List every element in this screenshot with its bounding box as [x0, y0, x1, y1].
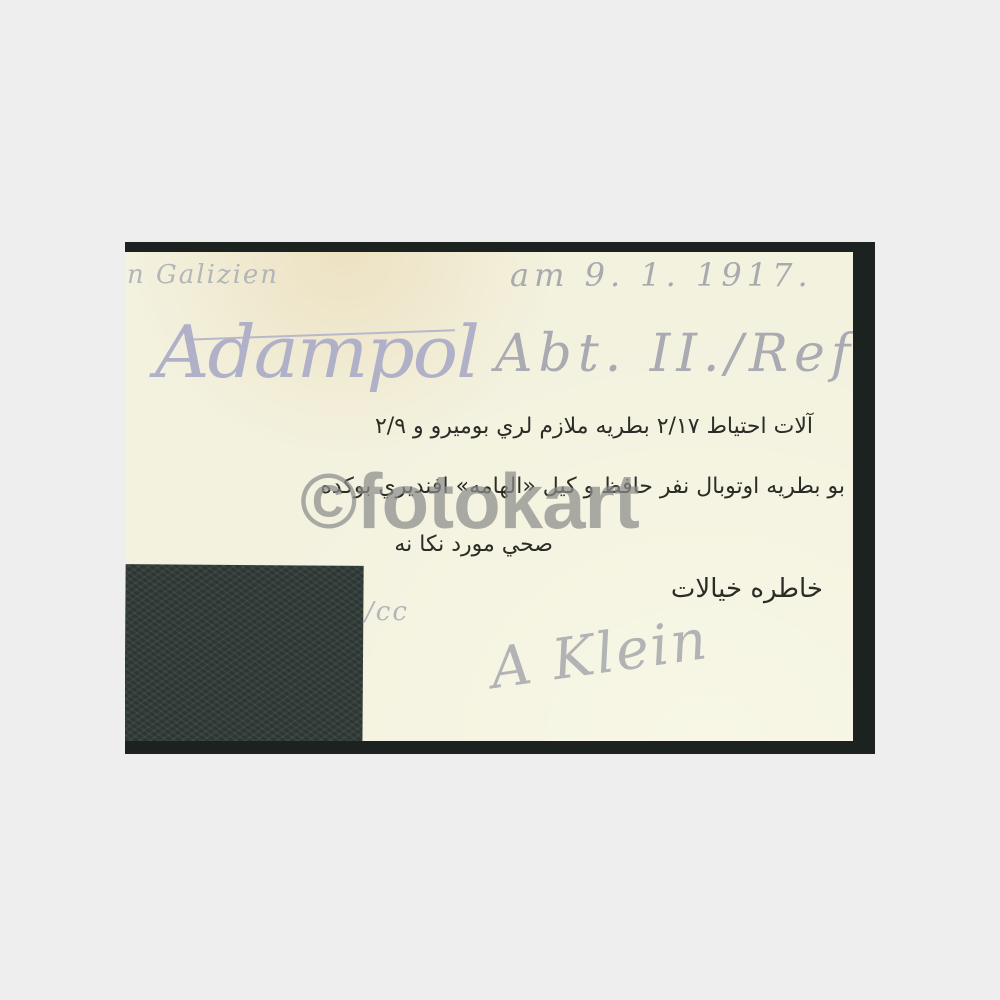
- mounting-paper-remnant: [125, 564, 364, 741]
- ottoman-line-1: آلات احتياط ٢/١٧ بطريه ملازم‌ لري بوميرو…: [375, 414, 813, 439]
- signature: Adampol: [155, 310, 478, 394]
- unit-note: Abt. II./Ref. 17: [495, 324, 853, 384]
- bottom-signature: A Klein: [487, 607, 713, 702]
- image-stage: n Galizien am 9. 1. 1917. Adampol Abt. I…: [0, 0, 1000, 1000]
- place-note: n Galizien: [127, 260, 279, 290]
- date-note: am 9. 1. 1917.: [510, 256, 813, 294]
- ottoman-line-4: خاطره خيالات: [671, 574, 823, 604]
- watermark: ©fotokart: [300, 462, 639, 540]
- number-note: /cc: [365, 597, 409, 627]
